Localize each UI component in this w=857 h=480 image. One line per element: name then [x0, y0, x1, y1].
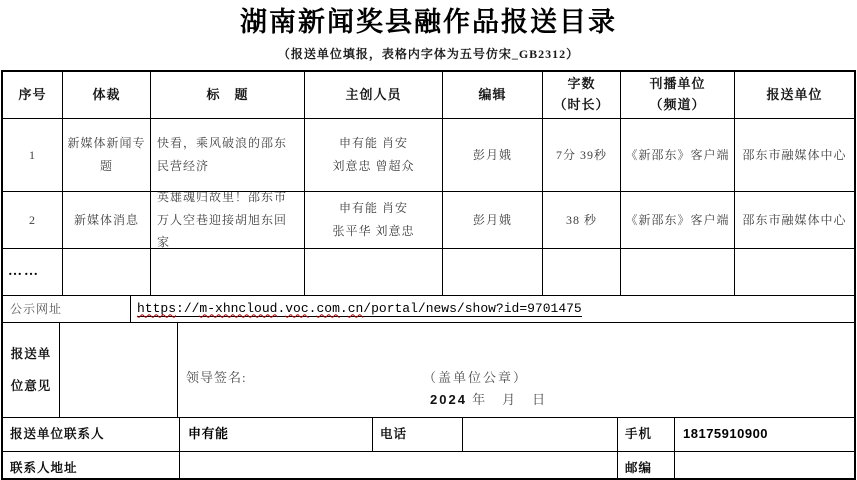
- col-header-outlet: 刊播单位 （频道）: [621, 72, 735, 118]
- zip-label: 邮编: [618, 452, 675, 480]
- empty-cell: [305, 249, 443, 295]
- mobile-label: 手机: [618, 418, 675, 451]
- table-row: 1 新媒体新闻专题 快看，乘风破浪的邵东民营经济 申有能 肖安 刘意忠 曾超众 …: [3, 119, 854, 192]
- cell-creators: 申有能 肖安 张平华 刘意忠: [305, 192, 443, 248]
- table-row: 2 新媒体消息 英雄魂归故里！邵东市万人空巷迎接胡旭东回家 申有能 肖安 张平华…: [3, 192, 854, 249]
- table-header-row: 序号 体裁 标 题 主创人员 编辑 字数 （时长） 刊播单位 （频道） 报送单位: [3, 72, 854, 119]
- cell-outlet: 《新邵东》客户端: [621, 192, 735, 248]
- col-header-genre: 体裁: [63, 72, 151, 118]
- phone-value-cell: [463, 418, 618, 451]
- empty-cell: [621, 249, 735, 295]
- cell-title: 英雄魂归故里！邵东市万人空巷迎接胡旭东回家: [151, 192, 305, 248]
- page-subtitle: （报送单位填报，表格内字体为五号仿宋_GB2312）: [0, 45, 857, 62]
- cell-serial: 1: [3, 119, 63, 191]
- page-title: 湖南新闻奖县融作品报送目录: [0, 5, 857, 39]
- publicity-url-label: 公示网址: [3, 296, 131, 322]
- empty-cell: [735, 249, 854, 295]
- cell-outlet: 《新邵东》客户端: [621, 119, 735, 191]
- opinion-signature-area: 领导签名: （盖单位公章） 2024 年 月 日: [178, 323, 854, 417]
- address-value-cell: [180, 452, 618, 480]
- opinion-label: 报送单位意见: [3, 323, 60, 417]
- zip-value-cell: [675, 452, 854, 480]
- cell-duration: 38 秒: [543, 192, 621, 248]
- cell-editor: 彭月娥: [443, 192, 543, 248]
- empty-cell: [543, 249, 621, 295]
- cell-title: 快看，乘风破浪的邵东民营经济: [151, 119, 305, 191]
- col-header-serial: 序号: [3, 72, 63, 118]
- cell-genre: 新媒体消息: [63, 192, 151, 248]
- empty-cell: [443, 249, 543, 295]
- col-header-wordcount: 字数 （时长）: [543, 72, 621, 118]
- publicity-url-cell: https://m-xhncloud.voc.com.cn/portal/new…: [131, 296, 854, 322]
- opinion-row: 报送单位意见 领导签名: （盖单位公章） 2024 年 月 日: [3, 323, 854, 418]
- contact-row: 报送单位联系人 申有能 电话 手机 18175910900: [3, 418, 854, 452]
- submission-table: 序号 体裁 标 题 主创人员 编辑 字数 （时长） 刊播单位 （频道） 报送单位…: [1, 70, 856, 480]
- address-label: 联系人地址: [3, 452, 180, 480]
- date-year: 2024: [430, 392, 467, 407]
- date-line: 2024 年 月 日: [430, 388, 547, 413]
- contact-name-value: 申有能: [180, 418, 373, 451]
- empty-cell: [60, 323, 178, 417]
- empty-cell: [63, 249, 151, 295]
- cell-unit: 邵东市融媒体中心: [735, 192, 854, 248]
- col-header-unit: 报送单位: [735, 72, 854, 118]
- cell-serial: 2: [3, 192, 63, 248]
- cell-duration: 7分 39秒: [543, 119, 621, 191]
- col-header-title: 标 题: [151, 72, 305, 118]
- ellipsis-row: ……: [3, 249, 854, 296]
- date-units: 年 月 日: [472, 392, 547, 407]
- col-header-creators: 主创人员: [305, 72, 443, 118]
- leader-signature-label: 领导签名:: [186, 366, 247, 391]
- cell-genre: 新媒体新闻专题: [63, 119, 151, 191]
- ellipsis-cell: ……: [3, 249, 63, 295]
- submission-directory-document: { "title": "湖南新闻奖县融作品报送目录", "subtitle": …: [0, 0, 857, 480]
- mobile-value: 18175910900: [675, 418, 854, 451]
- contact-label: 报送单位联系人: [3, 418, 180, 451]
- cell-unit: 邵东市融媒体中心: [735, 119, 854, 191]
- cell-creators: 申有能 肖安 刘意忠 曾超众: [305, 119, 443, 191]
- publicity-url-text[interactable]: https://m-xhncloud.voc.com.cn/portal/new…: [137, 301, 582, 318]
- address-row: 联系人地址 邮编: [3, 452, 854, 480]
- empty-cell: [151, 249, 305, 295]
- col-header-editor: 编辑: [443, 72, 543, 118]
- publicity-url-row: 公示网址 https://m-xhncloud.voc.com.cn/porta…: [3, 296, 854, 323]
- cell-editor: 彭月娥: [443, 119, 543, 191]
- phone-label: 电话: [373, 418, 463, 451]
- unit-seal-note: （盖单位公章）: [423, 366, 528, 391]
